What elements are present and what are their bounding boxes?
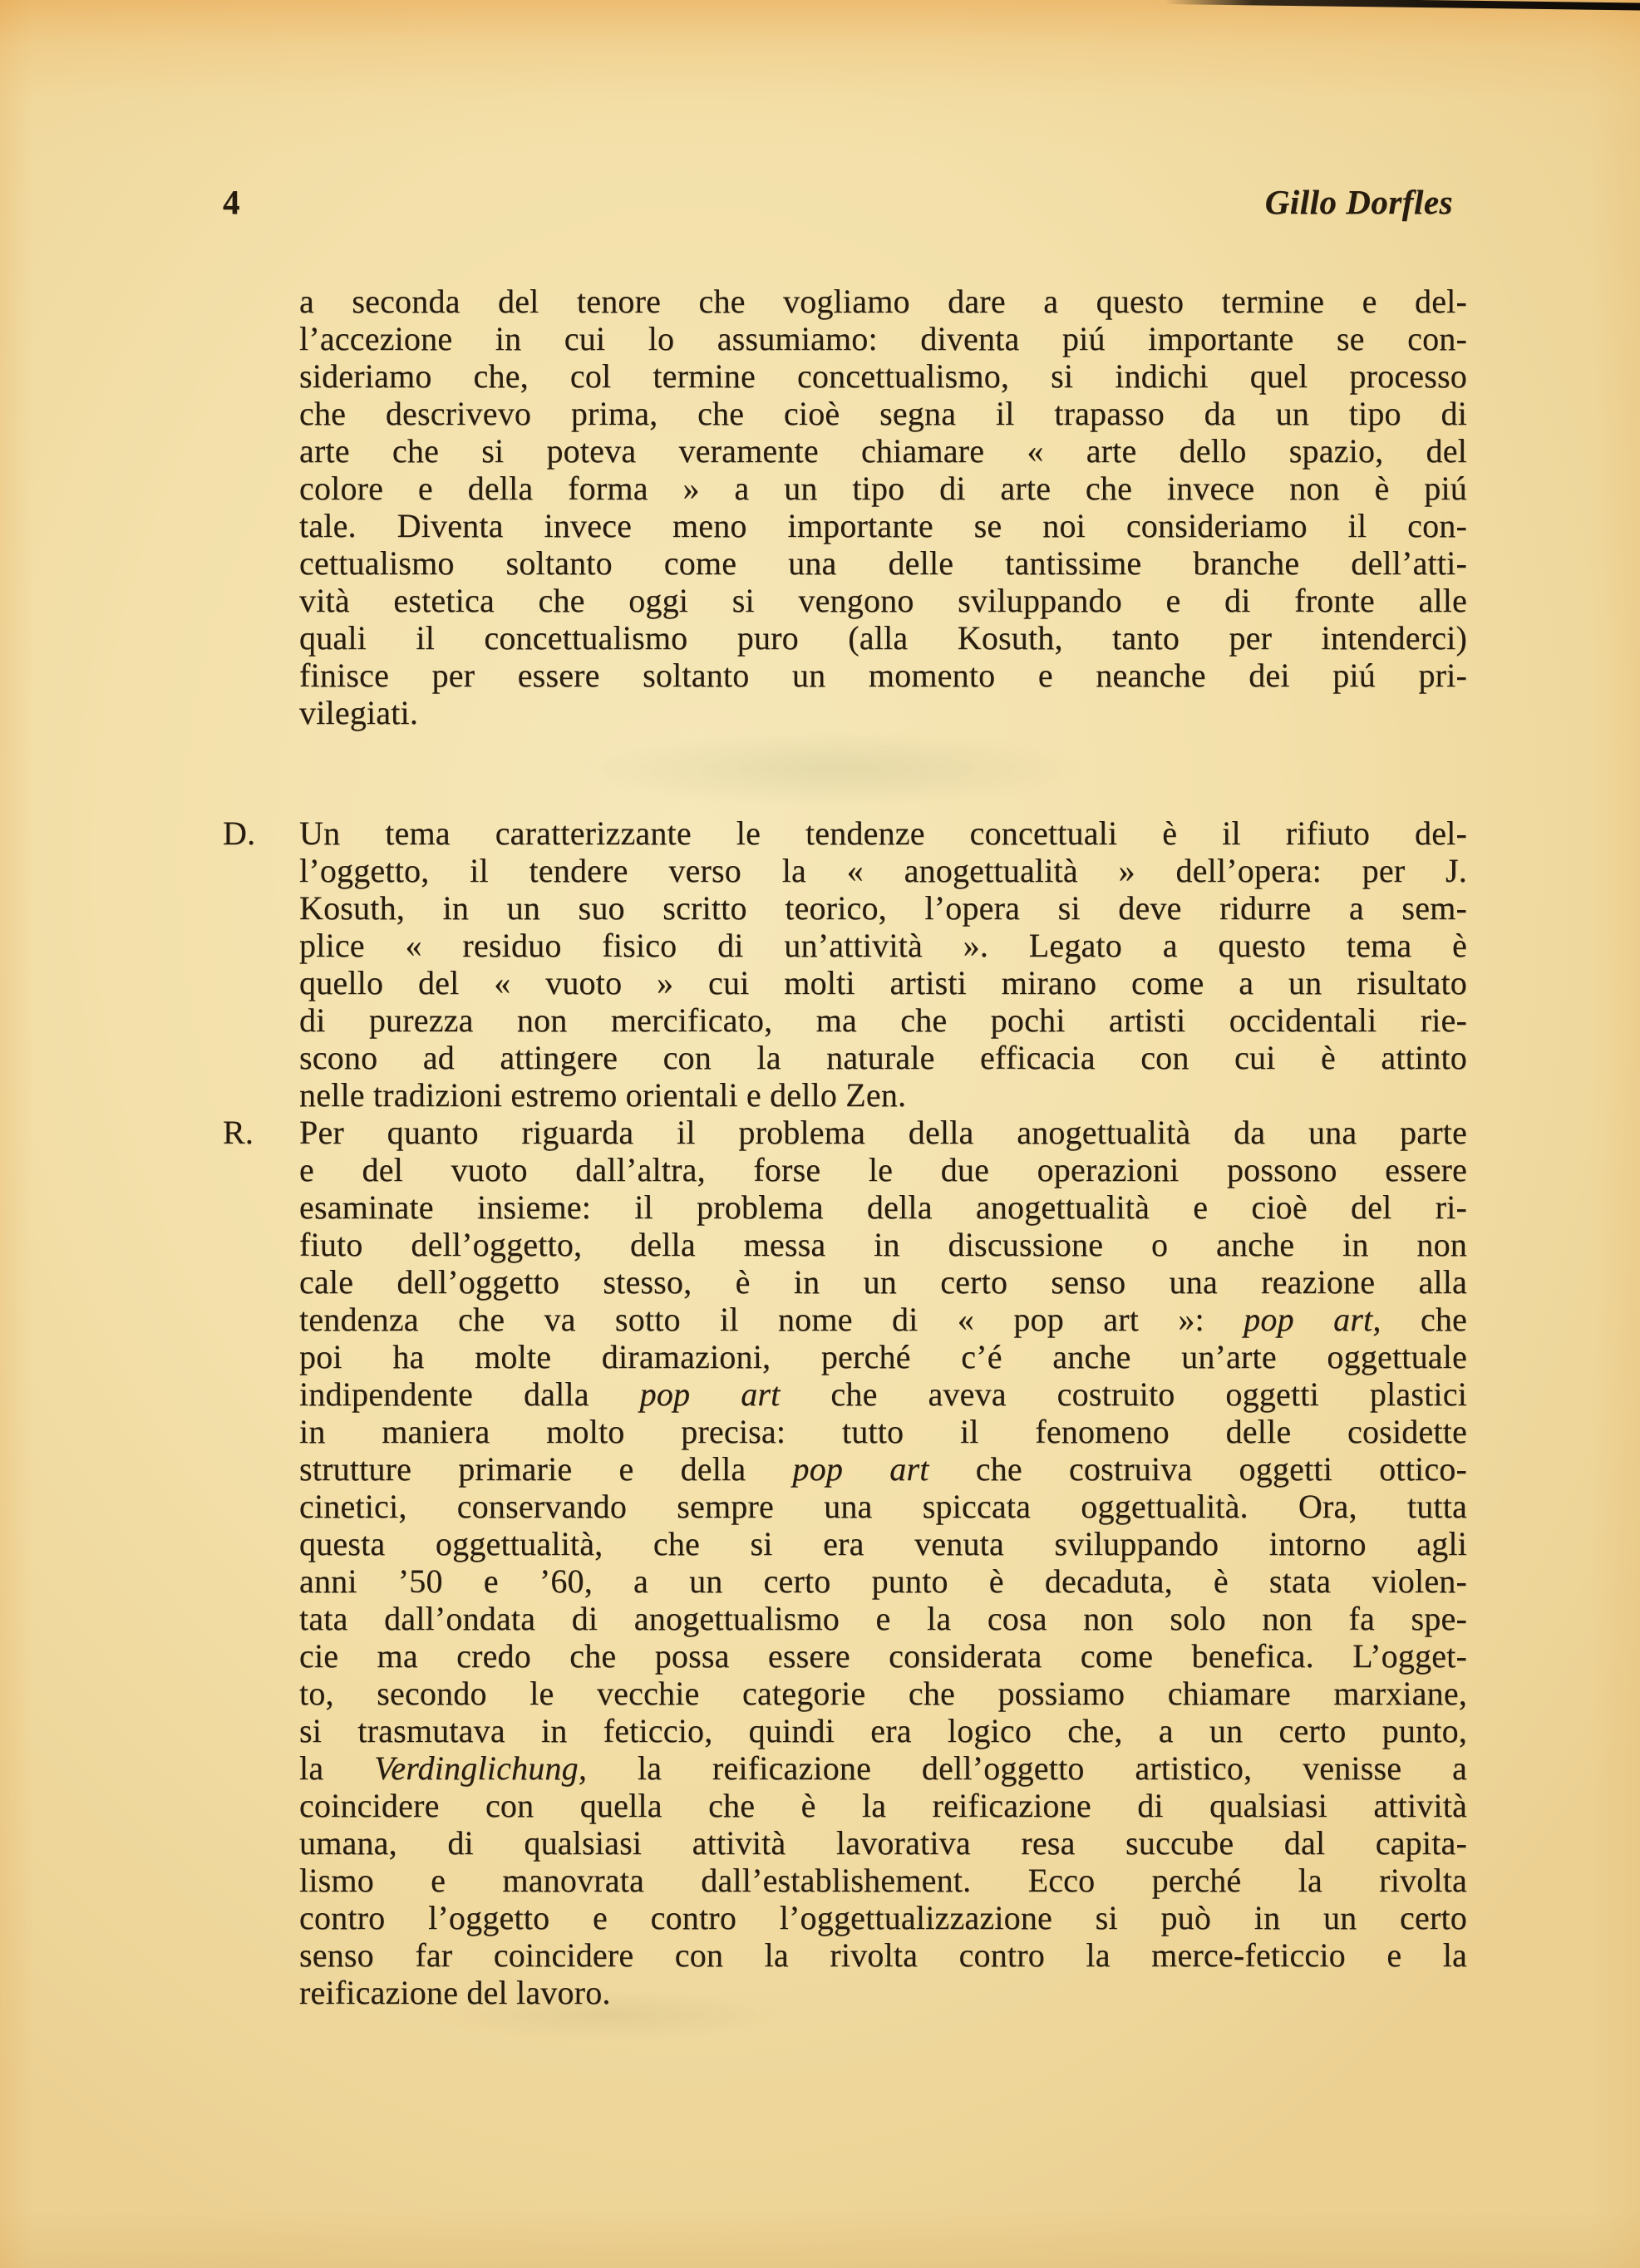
text-segment: cie ma credo che possa essere considerat… — [299, 1637, 1467, 1675]
text-line: esaminate insieme: il problema della ano… — [299, 1188, 1467, 1226]
text-line: Per quanto riguarda il problema della an… — [299, 1114, 1467, 1151]
text-line: cie ma credo che possa essere considerat… — [299, 1637, 1467, 1675]
text-line: nelle tradizioni estremo orientali e del… — [299, 1076, 1467, 1114]
text-segment: l’accezione in cui lo assumiamo: diventa… — [299, 320, 1467, 357]
text-line: colore e della forma » a un tipo di arte… — [299, 470, 1467, 507]
text-line: quali il concettualismo puro (alla Kosut… — [299, 619, 1467, 657]
paragraph-label: R. — [223, 1114, 254, 1151]
text-segment: che — [1381, 1301, 1467, 1338]
text-segment: plice « residuo fisico di un’attività ».… — [299, 927, 1467, 964]
text-segment: questa oggettualità, che si era venuta s… — [299, 1525, 1467, 1562]
text-line: l’oggetto, il tendere verso la « anogett… — [299, 852, 1467, 889]
italic-text: pop art — [640, 1375, 781, 1413]
text-segment: la reificazione dell’oggetto artistico, … — [587, 1749, 1467, 1787]
text-segment: colore e della forma » a un tipo di arte… — [299, 470, 1467, 507]
text-line: anni ’50 e ’60, a un certo punto è decad… — [299, 1562, 1467, 1600]
text-line: poi ha molte diramazioni, perché c’é anc… — [299, 1338, 1467, 1375]
page-number: 4 — [223, 183, 240, 221]
text-segment: nelle tradizioni estremo orientali e del… — [299, 1076, 906, 1114]
text-segment: tale. Diventa invece meno importante se … — [299, 507, 1467, 544]
text-line: coincidere con quella che è la reificazi… — [299, 1787, 1467, 1824]
text-line: contro l’oggetto e contro l’oggettualizz… — [299, 1899, 1467, 1936]
text-segment: arte che si poteva veramente chiamare « … — [299, 432, 1467, 470]
text-line: vilegiati. — [299, 694, 1467, 731]
italic-text: pop art — [793, 1450, 929, 1488]
text-segment: reificazione del lavoro. — [299, 1974, 611, 2011]
text-segment: to, secondo le vecchie categorie che pos… — [299, 1675, 1467, 1712]
text-line: che descrivevo prima, che cioè segna il … — [299, 395, 1467, 432]
text-segment: quello del « vuoto » cui molti artisti m… — [299, 964, 1467, 1001]
text-block: a seconda del tenore che vogliamo dare a… — [299, 283, 1467, 2011]
text-segment: vità estetica che oggi si vengono svilup… — [299, 582, 1467, 619]
text-line: lismo e manovrata dall’establishement. E… — [299, 1862, 1467, 1899]
text-segment: Per quanto riguarda il problema della an… — [299, 1114, 1467, 1151]
text-segment: poi ha molte diramazioni, perché c’é anc… — [299, 1338, 1467, 1375]
text-line: questa oggettualità, che si era venuta s… — [299, 1525, 1467, 1562]
text-segment: scono ad attingere con la naturale effic… — [299, 1039, 1467, 1076]
text-line: in maniera molto precisa: tutto il fenom… — [299, 1413, 1467, 1450]
text-line: la Verdinglichung, la reificazione dell’… — [299, 1749, 1467, 1787]
text-line: senso far coincidere con la rivolta cont… — [299, 1936, 1467, 1974]
text-line: cinetici, conservando sempre una spiccat… — [299, 1488, 1467, 1525]
text-segment: finisce per essere soltanto un momento e… — [299, 657, 1467, 694]
text-segment: senso far coincidere con la rivolta cont… — [299, 1936, 1467, 1974]
text-segment: anni ’50 e ’60, a un certo punto è decad… — [299, 1562, 1467, 1600]
text-line: tata dall’ondata di anogettualismo e la … — [299, 1600, 1467, 1637]
text-segment: si trasmutava in feticcio, quindi era lo… — [299, 1712, 1467, 1749]
text-segment: quali il concettualismo puro (alla Kosut… — [299, 619, 1467, 657]
text-segment: cale dell’oggetto stesso, è in un certo … — [299, 1263, 1467, 1301]
text-line: l’accezione in cui lo assumiamo: diventa… — [299, 320, 1467, 357]
text-segment: in maniera molto precisa: tutto il fenom… — [299, 1413, 1467, 1450]
text-segment: coincidere con quella che è la reificazi… — [299, 1787, 1467, 1824]
text-line: quello del « vuoto » cui molti artisti m… — [299, 964, 1467, 1001]
paragraph-label: D. — [223, 814, 255, 852]
text-segment: a seconda del tenore che vogliamo dare a… — [299, 283, 1467, 320]
text-line: strutture primarie e della pop art che c… — [299, 1450, 1467, 1488]
text-segment: esaminate insieme: il problema della ano… — [299, 1188, 1467, 1226]
italic-text: pop art, — [1244, 1301, 1381, 1338]
text-segment: lismo e manovrata dall’establishement. E… — [299, 1862, 1467, 1899]
text-line: plice « residuo fisico di un’attività ».… — [299, 927, 1467, 964]
text-segment: umana, di qualsiasi attività lavorativa … — [299, 1824, 1467, 1862]
text-segment: cettualismo soltanto come una delle tant… — [299, 544, 1467, 582]
text-segment: Un tema caratterizzante le tendenze conc… — [299, 814, 1467, 852]
text-line: indipendente dalla pop art che aveva cos… — [299, 1375, 1467, 1413]
text-segment: che descrivevo prima, che cioè segna il … — [299, 395, 1467, 432]
text-line: Un tema caratterizzante le tendenze conc… — [299, 814, 1467, 852]
text-segment: che costruiva oggetti ottico- — [929, 1450, 1467, 1488]
text-segment: cinetici, conservando sempre una spiccat… — [299, 1488, 1467, 1525]
text-line: vità estetica che oggi si vengono svilup… — [299, 582, 1467, 619]
text-segment: Kosuth, in un suo scritto teorico, l’ope… — [299, 889, 1467, 927]
paragraph-risposta: R.Per quanto riguarda il problema della … — [299, 1114, 1467, 2011]
text-line: finisce per essere soltanto un momento e… — [299, 657, 1467, 694]
page-header: 4 Gillo Dorfles — [223, 183, 1453, 221]
text-line: si trasmutava in feticcio, quindi era lo… — [299, 1712, 1467, 1749]
text-segment: indipendente dalla — [299, 1375, 640, 1413]
paragraph-domanda: D.Un tema caratterizzante le tendenze co… — [299, 814, 1467, 1114]
scan-edge-artifact — [1165, 0, 1640, 11]
text-segment: tendenza che va sotto il nome di « pop a… — [299, 1301, 1244, 1338]
running-header: Gillo Dorfles — [1265, 183, 1453, 221]
book-page: 4 Gillo Dorfles a seconda del tenore che… — [0, 0, 1640, 2268]
text-segment: di purezza non mercificato, ma che pochi… — [299, 1001, 1467, 1039]
text-line: sideriamo che, col termine concettualism… — [299, 357, 1467, 395]
text-segment: contro l’oggetto e contro l’oggettualizz… — [299, 1899, 1467, 1936]
text-line: cale dell’oggetto stesso, è in un certo … — [299, 1263, 1467, 1301]
text-line: reificazione del lavoro. — [299, 1974, 1467, 2011]
text-line: di purezza non mercificato, ma che pochi… — [299, 1001, 1467, 1039]
text-line: tale. Diventa invece meno importante se … — [299, 507, 1467, 544]
text-segment: la — [299, 1749, 374, 1787]
text-line: e del vuoto dall’altra, forse le due ope… — [299, 1151, 1467, 1188]
text-line: cettualismo soltanto come una delle tant… — [299, 544, 1467, 582]
text-line: scono ad attingere con la naturale effic… — [299, 1039, 1467, 1076]
text-segment: tata dall’ondata di anogettualismo e la … — [299, 1600, 1467, 1637]
text-segment: che aveva costruito oggetti plastici — [780, 1375, 1467, 1413]
text-line: umana, di qualsiasi attività lavorativa … — [299, 1824, 1467, 1862]
paragraph-intro: a seconda del tenore che vogliamo dare a… — [299, 283, 1467, 731]
text-segment: e del vuoto dall’altra, forse le due ope… — [299, 1151, 1467, 1188]
text-line: to, secondo le vecchie categorie che pos… — [299, 1675, 1467, 1712]
text-line: tendenza che va sotto il nome di « pop a… — [299, 1301, 1467, 1338]
text-segment: vilegiati. — [299, 694, 418, 731]
italic-text: Verdinglichung, — [374, 1749, 587, 1787]
text-line: arte che si poteva veramente chiamare « … — [299, 432, 1467, 470]
text-segment: sideriamo che, col termine concettualism… — [299, 357, 1467, 395]
text-line: Kosuth, in un suo scritto teorico, l’ope… — [299, 889, 1467, 927]
text-line: a seconda del tenore che vogliamo dare a… — [299, 283, 1467, 320]
text-segment: strutture primarie e della — [299, 1450, 793, 1488]
text-segment: l’oggetto, il tendere verso la « anogett… — [299, 852, 1467, 889]
text-segment: fiuto dell’oggetto, della messa in discu… — [299, 1226, 1467, 1263]
text-line: fiuto dell’oggetto, della messa in discu… — [299, 1226, 1467, 1263]
